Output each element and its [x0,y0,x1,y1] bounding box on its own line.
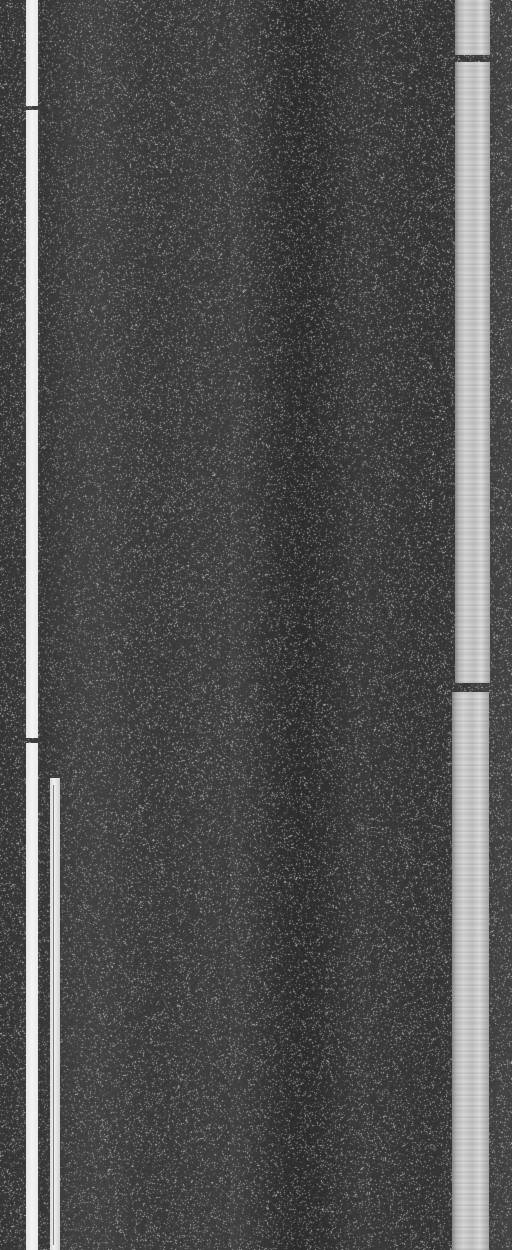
asphalt-surface [0,0,512,1250]
right-worn-line-segment-1 [455,0,490,55]
left-edge-line-segment-2 [26,110,38,738]
left-edge-line-segment-3 [26,743,38,1250]
right-worn-line-segment-2 [455,62,490,683]
right-worn-line-segment-3 [452,692,489,1250]
inner-line-crack [53,785,54,1245]
left-inner-line [50,778,60,1250]
left-edge-line-segment-1 [26,0,38,106]
road-scene [0,0,512,1250]
